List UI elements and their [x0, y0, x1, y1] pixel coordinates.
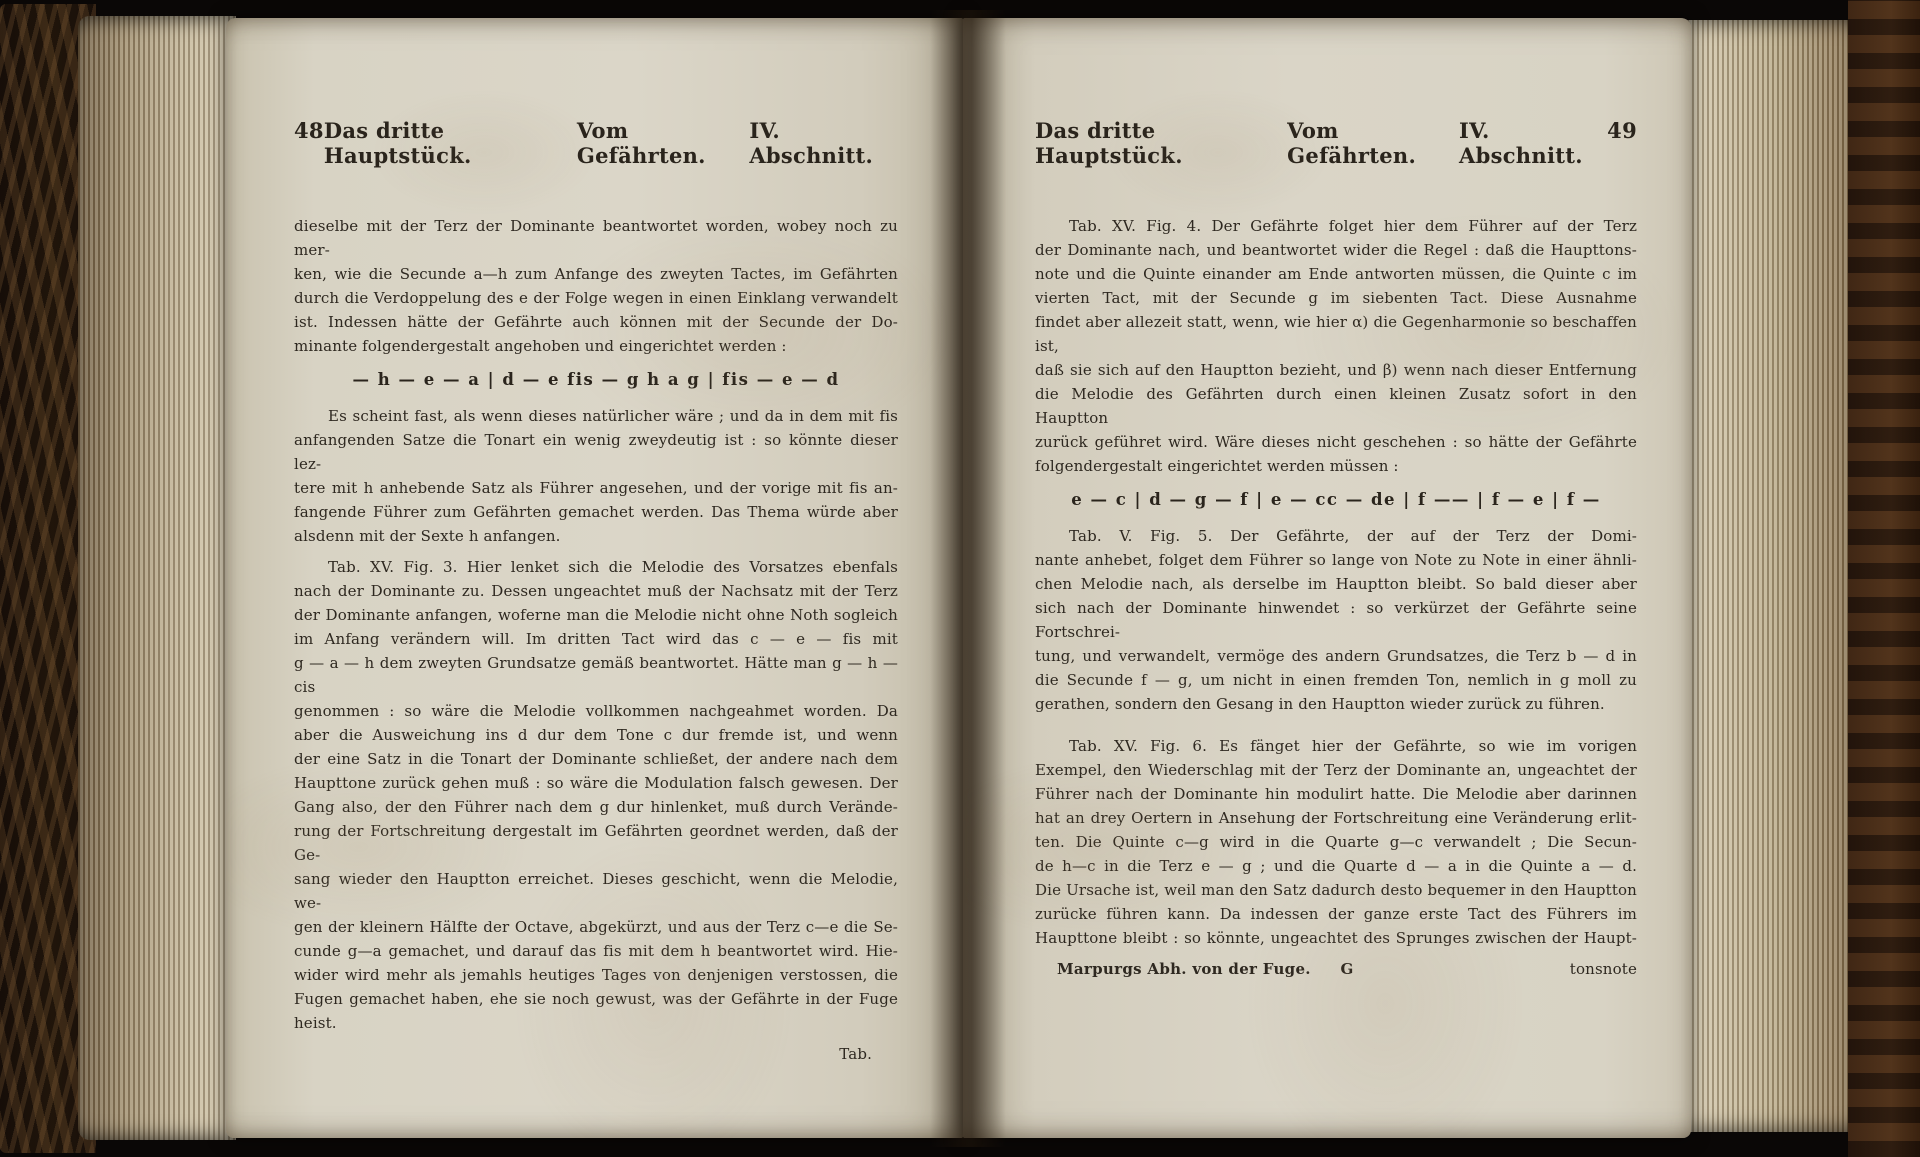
- text-line: Führer nach der Dominante hin modulirt h…: [1035, 782, 1637, 806]
- running-title-part: Vom Gefährten.: [1287, 118, 1459, 168]
- text-line: Fugen gemachet haben, ehe sie noch gewus…: [294, 987, 898, 1011]
- paragraph: Es scheint fast, als wenn dieses natürli…: [294, 404, 898, 548]
- text-line: zurück geführet wird. Wäre dieses nicht …: [1035, 430, 1637, 454]
- right-page: Das dritte Hauptstück. Vom Gefährten. IV…: [963, 18, 1691, 1138]
- paragraph: Tab. XV. Fig. 3. Hier lenket sich die Me…: [294, 555, 898, 1035]
- running-title-part: Das dritte Hauptstück.: [324, 118, 577, 168]
- music-notation-line: — h — e — a | d — e fis — g h a g | fis …: [294, 368, 898, 392]
- text-line: im Anfang verändern will. Im dritten Tac…: [294, 627, 898, 651]
- binding-gutter-shadow: [930, 10, 1006, 1147]
- text-line: fangende Führer zum Gefährten gemachet w…: [294, 500, 898, 524]
- text-line: nach der Dominante zu. Dessen ungeachtet…: [294, 579, 898, 603]
- text-line: vierten Tact, mit der Secunde g im siebe…: [1035, 286, 1637, 310]
- page-number: 49: [1607, 118, 1637, 143]
- paragraph: Tab. XV. Fig. 4. Der Gefährte folget hie…: [1035, 214, 1637, 478]
- text-line: gerathen, sondern den Gesang in den Haup…: [1035, 692, 1637, 716]
- page-number: 48: [294, 118, 324, 143]
- text-line: folgendergestalt eingerichtet werden müs…: [1035, 454, 1637, 478]
- text-line: gen der kleinern Hälfte der Octave, abge…: [294, 915, 898, 939]
- catchword: Tab.: [294, 1042, 898, 1066]
- text-line: wider wird mehr als jemahls heutiges Tag…: [294, 963, 898, 987]
- text-line: der Dominante nach, und beantwortet wide…: [1035, 238, 1637, 262]
- text-line: sang wieder den Hauptton erreichet. Dies…: [294, 867, 898, 915]
- text-line: aber die Ausweichung ins d dur dem Tone …: [294, 723, 898, 747]
- text-line: daß sie sich auf den Hauptton bezieht, u…: [1035, 358, 1637, 382]
- left-page-body: dieselbe mit der Terz der Dominante bean…: [294, 214, 898, 1066]
- running-title-part: IV. Abschnitt.: [1459, 118, 1607, 168]
- text-line: Haupttone bleibt : so könnte, ungeachtet…: [1035, 926, 1637, 950]
- text-line: Exempel, den Wiederschlag mit der Terz d…: [1035, 758, 1637, 782]
- text-line: anfangenden Satze die Tonart ein wenig z…: [294, 428, 898, 476]
- left-page-edge-stack: [78, 16, 236, 1140]
- running-title-part: Vom Gefährten.: [577, 118, 749, 168]
- text-line: durch die Verdoppelung des e der Folge w…: [294, 286, 898, 310]
- text-line: Tab. XV. Fig. 4. Der Gefährte folget hie…: [1035, 214, 1637, 238]
- text-line: Tab. XV. Fig. 6. Es fänget hier der Gefä…: [1035, 734, 1637, 758]
- text-line: Es scheint fast, als wenn dieses natürli…: [294, 404, 898, 428]
- text-line: genommen : so wäre die Melodie vollkomme…: [294, 699, 898, 723]
- running-header-left: 48 Das dritte Hauptstück. Vom Gefährten.…: [294, 118, 898, 168]
- text-line: tung, und verwandelt, vermöge des andern…: [1035, 644, 1637, 668]
- text-line: g — a — h dem zweyten Grundsatze gemäß b…: [294, 651, 898, 699]
- text-line: zurücke führen kann. Da indessen der gan…: [1035, 902, 1637, 926]
- book-photograph: 48 Das dritte Hauptstück. Vom Gefährten.…: [0, 0, 1920, 1157]
- text-line: hat an drey Oertern in Ansehung der Fort…: [1035, 806, 1637, 830]
- text-line: de h—c in die Terz e — g ; und die Quart…: [1035, 854, 1637, 878]
- text-line: ist. Indessen hätte der Gefährte auch kö…: [294, 310, 898, 334]
- catchword: tonsnote: [1353, 957, 1637, 981]
- footer-book-title: Marpurgs Abh. von der Fuge.: [1035, 957, 1341, 981]
- left-page: 48 Das dritte Hauptstück. Vom Gefährten.…: [226, 18, 963, 1138]
- running-title-part: IV. Abschnitt.: [749, 118, 898, 168]
- paragraph: Tab. V. Fig. 5. Der Gefährte, der auf de…: [1035, 524, 1637, 716]
- text-line: Gang also, der den Führer nach dem g dur…: [294, 795, 898, 819]
- text-line: heist.: [294, 1011, 898, 1035]
- text-line: die Secunde f — g, um nicht in einen fre…: [1035, 668, 1637, 692]
- right-page-edge-stack: [1682, 20, 1860, 1132]
- text-line: minante folgendergestalt angehoben und e…: [294, 334, 898, 358]
- text-line: ten. Die Quinte c—g wird in die Quarte g…: [1035, 830, 1637, 854]
- text-line: Die Ursache ist, weil man den Satz dadur…: [1035, 878, 1637, 902]
- text-line: ken, wie die Secunde a—h zum Anfange des…: [294, 262, 898, 286]
- running-header-right: Das dritte Hauptstück. Vom Gefährten. IV…: [1035, 118, 1637, 168]
- running-title-part: Das dritte Hauptstück.: [1035, 118, 1287, 168]
- text-line: alsdenn mit der Sexte h anfangen.: [294, 524, 898, 548]
- text-line: Haupttone zurück gehen muß : so wäre die…: [294, 771, 898, 795]
- text-line: dieselbe mit der Terz der Dominante bean…: [294, 214, 898, 262]
- text-line: tere mit h anhebende Satz als Führer ang…: [294, 476, 898, 500]
- text-line: der Dominante anfangen, woferne man die …: [294, 603, 898, 627]
- signature-mark: G: [1341, 957, 1354, 981]
- text-line: note und die Quinte einander am Ende ant…: [1035, 262, 1637, 286]
- text-line: sich nach der Dominante hinwendet : so v…: [1035, 596, 1637, 644]
- text-line: rung der Fortschreitung dergestalt im Ge…: [294, 819, 898, 867]
- page-footer: Marpurgs Abh. von der Fuge.Gtonsnote: [1035, 957, 1637, 981]
- text-line: die Melodie des Gefährten durch einen kl…: [1035, 382, 1637, 430]
- text-line: Tab. XV. Fig. 3. Hier lenket sich die Me…: [294, 555, 898, 579]
- paragraph: dieselbe mit der Terz der Dominante bean…: [294, 214, 898, 358]
- right-leather-cover: [1848, 0, 1920, 1157]
- paragraph: Tab. XV. Fig. 6. Es fänget hier der Gefä…: [1035, 734, 1637, 950]
- text-line: der eine Satz in die Tonart der Dominant…: [294, 747, 898, 771]
- text-line: chen Melodie nach, als derselbe im Haupt…: [1035, 572, 1637, 596]
- text-line: Tab. V. Fig. 5. Der Gefährte, der auf de…: [1035, 524, 1637, 548]
- text-line: findet aber allezeit statt, wenn, wie hi…: [1035, 310, 1637, 358]
- music-notation-line: e — c | d — g — f | e — cc — de | f —— |…: [1035, 488, 1637, 512]
- text-line: cunde g—a gemachet, und darauf das fis m…: [294, 939, 898, 963]
- text-line: nante anhebet, folget dem Führer so lang…: [1035, 548, 1637, 572]
- right-page-body: Tab. XV. Fig. 4. Der Gefährte folget hie…: [1035, 214, 1637, 981]
